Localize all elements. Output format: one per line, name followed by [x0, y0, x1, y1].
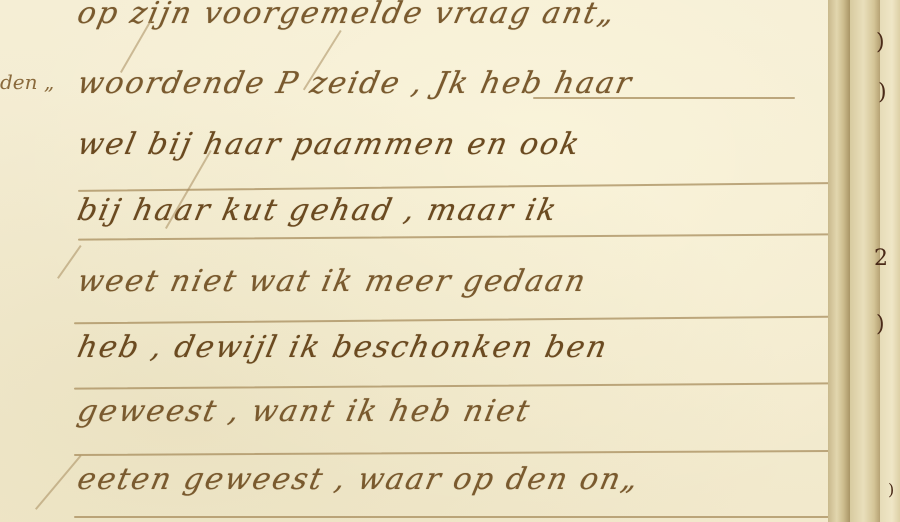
- ink-flourish: [35, 455, 82, 510]
- margin-note: den „: [0, 70, 54, 94]
- manuscript-line-8: eeten geweest , waar op den on„: [74, 462, 643, 497]
- edge-mark: 2: [874, 246, 888, 271]
- underline-rule: [533, 97, 795, 99]
- ruled-line: [74, 316, 830, 325]
- manuscript-line-7: geweest , want ik heb niet: [74, 394, 534, 429]
- ink-flourish: [57, 245, 82, 279]
- manuscript-sheet: den „ op zijn voorgemelde vraag ant„ woo…: [0, 0, 836, 522]
- ruled-line: [74, 516, 830, 518]
- manuscript-line-4: bij haar kut gehad , maar ik: [74, 193, 561, 228]
- manuscript-line-2: woordende P zeide , Jk heb haar: [74, 66, 636, 101]
- edge-mark: ): [876, 312, 885, 337]
- manuscript-line-1: op zijn voorgemelde vraag ant„: [74, 0, 619, 31]
- ruled-line: [74, 450, 830, 456]
- edge-mark: ): [878, 80, 887, 105]
- manuscript-line-5: weet niet wat ik meer gedaan: [74, 264, 590, 299]
- edge-mark: ): [888, 480, 894, 499]
- page-edge: [828, 0, 850, 522]
- ruled-line: [78, 233, 830, 240]
- manuscript-line-6: heb , dewijl ik beschonken ben: [74, 330, 611, 365]
- manuscript-line-3: wel bij haar paammen en ook: [74, 127, 584, 162]
- manuscript-page: den „ op zijn voorgemelde vraag ant„ woo…: [0, 0, 900, 522]
- ruled-line: [74, 382, 830, 389]
- edge-mark: ): [876, 30, 885, 55]
